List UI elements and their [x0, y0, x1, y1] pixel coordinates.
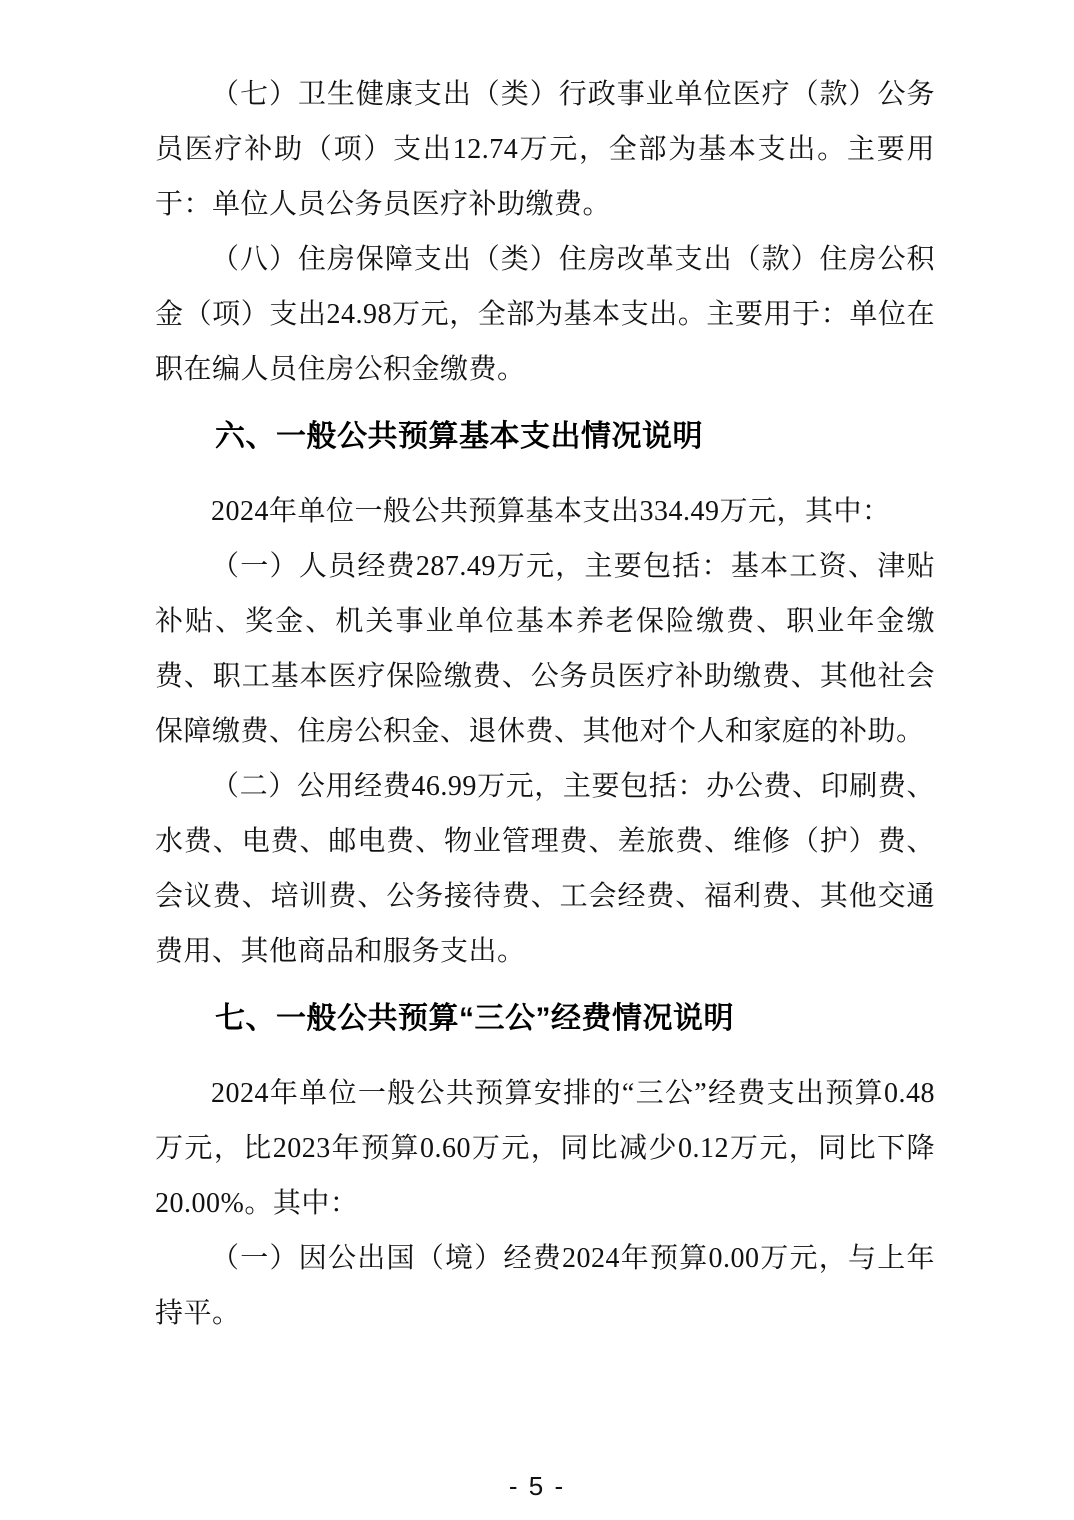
paragraph-personnel-funds: （一）人员经费287.49万元，主要包括：基本工资、津贴补贴、奖金、机关事业单位…: [155, 539, 935, 759]
paragraph-health-expenditure: （七）卫生健康支出（类）行政事业单位医疗（款）公务员医疗补助（项）支出12.74…: [155, 67, 935, 232]
paragraph-basic-expenditure-total: 2024年单位一般公共预算基本支出334.49万元，其中：: [155, 484, 935, 539]
paragraph-overseas-travel-funds: （一）因公出国（境）经费2024年预算0.00万元，与上年持平。: [155, 1231, 935, 1341]
page-number: - 5 -: [0, 1471, 1074, 1502]
paragraph-housing-expenditure: （八）住房保障支出（类）住房改革支出（款）住房公积金（项）支出24.98万元，全…: [155, 232, 935, 397]
paragraph-three-public-budget: 2024年单位一般公共预算安排的“三公”经费支出预算0.48万元，比2023年预…: [155, 1066, 935, 1231]
section-heading-three-public-funds: 七、一般公共预算“三公”经费情况说明: [155, 991, 935, 1046]
section-heading-basic-expenditure: 六、一般公共预算基本支出情况说明: [155, 409, 935, 464]
document-body: （七）卫生健康支出（类）行政事业单位医疗（款）公务员医疗补助（项）支出12.74…: [155, 67, 935, 1341]
paragraph-public-funds: （二）公用经费46.99万元，主要包括：办公费、印刷费、水费、电费、邮电费、物业…: [155, 759, 935, 979]
document-page: （七）卫生健康支出（类）行政事业单位医疗（款）公务员医疗补助（项）支出12.74…: [0, 0, 1074, 1520]
